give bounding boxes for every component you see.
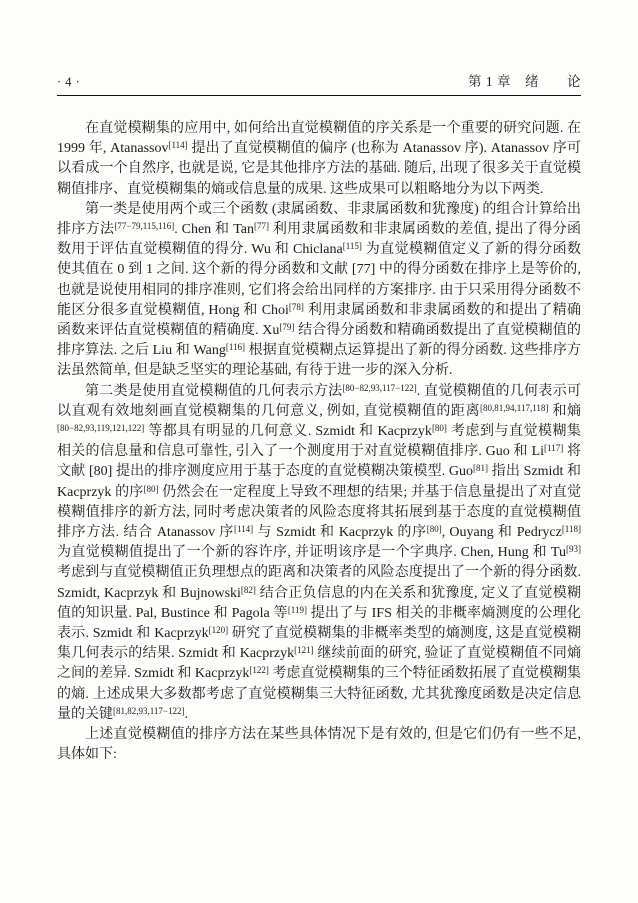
header-rule (57, 95, 581, 96)
paragraph: 第二类是使用直觉模糊值的几何表示方法[80−82,93,117−122]. 直觉… (57, 382, 581, 725)
paragraph: 上述直觉模糊值的排序方法在某些具体情况下是有效的, 但是它们仍有一些不足, 具体… (57, 725, 581, 765)
citation-superscript: [120] (209, 625, 229, 635)
citation-superscript: [116] (226, 342, 245, 352)
citation-superscript: [80,81,94,117,118] (480, 403, 548, 413)
citation-superscript: [121] (294, 645, 314, 655)
citation-superscript: [118] (562, 524, 581, 534)
citation-superscript: [80−82,93,119,121,122] (57, 423, 144, 433)
citation-superscript: [82] (241, 585, 256, 595)
paragraph: 在直觉模糊集的应用中, 如何给出直觉模糊值的序关系是一个重要的研究问题. 在 1… (57, 119, 581, 200)
citation-superscript: [79] (279, 322, 294, 332)
page-number: · 4 · (57, 75, 80, 90)
citation-superscript: [115] (343, 241, 362, 251)
citation-superscript: [114] (168, 140, 187, 150)
body-text: 在直觉模糊集的应用中, 如何给出直觉模糊值的序关系是一个重要的研究问题. 在 1… (57, 119, 581, 766)
citation-superscript: [119] (288, 605, 307, 615)
citation-superscript: [78] (289, 302, 304, 312)
citation-superscript: [80−82,93,117−122] (342, 383, 416, 393)
page-content: · 4 · 第 1 章 绪 论 在直觉模糊集的应用中, 如何给出直觉模糊值的序关… (57, 0, 581, 766)
citation-superscript: [80] (427, 524, 442, 534)
citation-superscript: [81,82,93,117−122] (113, 706, 185, 716)
citation-superscript: [77−79,115,116] (114, 221, 174, 231)
citation-superscript: [114] (234, 524, 253, 534)
citation-superscript: [93] (566, 544, 581, 554)
citation-superscript: [117] (544, 443, 563, 453)
citation-superscript: [81] (473, 463, 488, 473)
citation-superscript: [80] (432, 423, 447, 433)
citation-superscript: [80] (143, 484, 158, 494)
document-page: · 4 · 第 1 章 绪 论 在直觉模糊集的应用中, 如何给出直觉模糊值的序关… (0, 0, 638, 903)
citation-superscript: [77] (254, 221, 269, 231)
paragraph: 第一类是使用两个或三个函数 (隶属函数、非隶属函数和犹豫度) 的组合计算给出排序… (57, 200, 581, 382)
chapter-title: 第 1 章 绪 论 (468, 70, 581, 90)
citation-superscript: [122] (249, 665, 269, 675)
page-header: · 4 · 第 1 章 绪 论 (57, 70, 581, 90)
